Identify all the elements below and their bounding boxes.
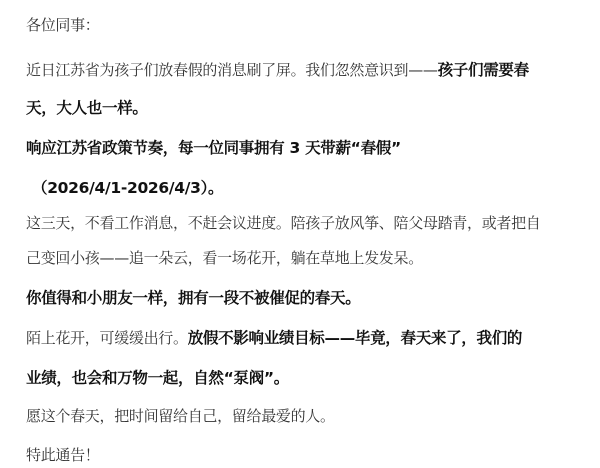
- paragraph-3-line-1: 这三天，不看工作消息，不赶会议进度。陪孩子放风筝、陪父母踏青，或者把自: [26, 213, 541, 233]
- paragraph-5-line-1: 陌上花开，可缓缓出行。放假不影响业绩目标——毕竟，春天来了，我们的: [26, 328, 522, 348]
- paragraph-2-line-1: 响应江苏省政策节奏，每一位同事拥有 3 天带薪“春假”: [26, 138, 401, 158]
- paragraph-5-text: 陌上花开，可缓缓出行。: [26, 329, 188, 347]
- closing: 特此通告！: [26, 445, 100, 465]
- greeting: 各位同事：: [26, 15, 100, 35]
- paragraph-1-line-1: 近日江苏省为孩子们放春假的消息刷了屏。我们忽然意识到——孩子们需要春: [26, 60, 529, 80]
- paragraph-5-emphasis: 放假不影响业绩目标——毕竟，春天来了，我们的: [188, 329, 522, 347]
- paragraph-6: 愿这个春天，把时间留给自己，留给最爱的人。: [26, 406, 335, 426]
- paragraph-2-date-range: （2026/4/1-2026/4/3）。: [32, 178, 223, 198]
- paragraph-1-emphasis: 孩子们需要春: [438, 61, 529, 79]
- paragraph-5-line-2: 业绩，也会和万物一起，自然“泵阀”。: [26, 368, 289, 388]
- paragraph-1-text: 近日江苏省为孩子们放春假的消息刷了屏。我们忽然意识到——: [26, 61, 438, 79]
- paragraph-4: 你值得和小朋友一样，拥有一段不被催促的春天。: [26, 288, 360, 308]
- paragraph-3-line-2: 己变回小孩——追一朵云，看一场花开，躺在草地上发发呆。: [26, 248, 423, 268]
- paragraph-1-line-2: 天，大人也一样。: [26, 98, 148, 118]
